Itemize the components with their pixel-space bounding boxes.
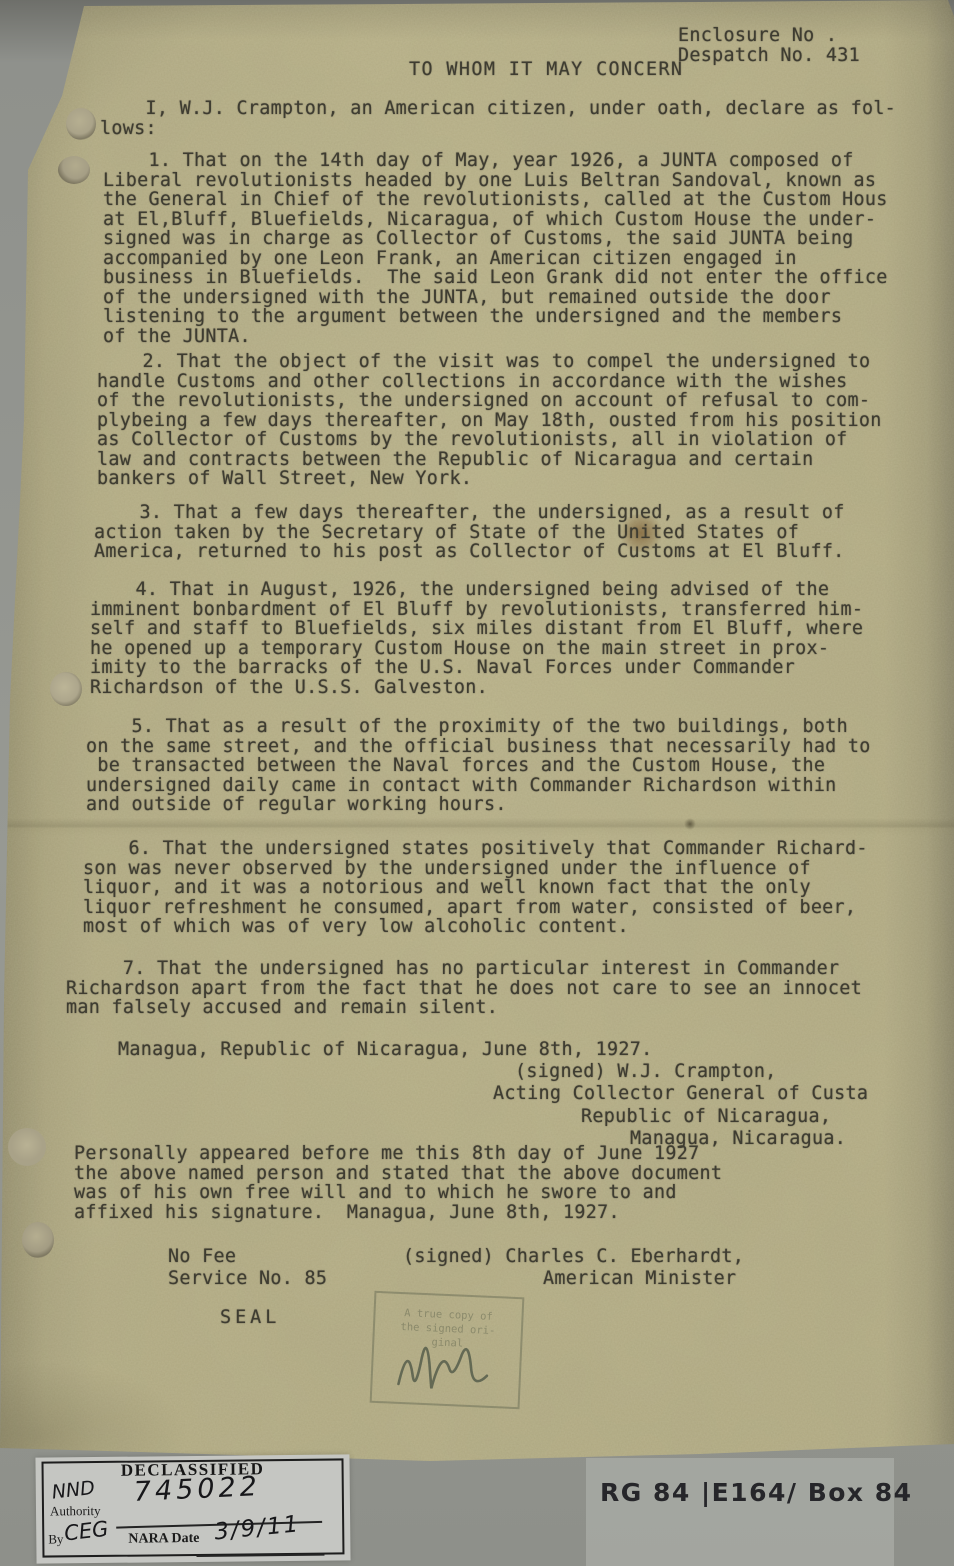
paragraph-5: 5. That as a result of the proximity of …	[86, 717, 871, 815]
authority-label: Authority	[50, 1503, 101, 1520]
paragraph-4: 4. That in August, 1926, the undersigned…	[90, 580, 863, 697]
enclosure-despatch-header: Enclosure No . Despatch No. 431	[678, 26, 860, 65]
minister-title: American Minister	[543, 1269, 736, 1289]
dateline: Managua, Republic of Nicaragua, June 8th…	[118, 1040, 653, 1060]
paragraph-3: 3. That a few days thereafter, the under…	[94, 503, 845, 562]
nara-date-label: NARA Date	[128, 1531, 199, 1548]
punch-hole	[58, 156, 90, 184]
archive-reference-note: RG 84 |E164/ Box 84	[600, 1478, 913, 1508]
handwritten-initials: CEG	[63, 1517, 110, 1546]
signature-line-3: Republic of Nicaragua,	[581, 1107, 831, 1127]
faint-true-copy-stamp: A true copy of the signed ori- ginal	[370, 1291, 525, 1409]
punch-hole	[22, 1222, 54, 1258]
paragraph-1: 1. That on the 14th day of May, year 192…	[103, 151, 888, 346]
notary-statement: Personally appeared before me this 8th d…	[74, 1144, 722, 1222]
no-fee-note: No Fee	[168, 1247, 236, 1267]
date-underline	[196, 1554, 324, 1557]
ink-speck	[684, 818, 696, 830]
punch-hole	[50, 672, 82, 706]
punch-hole	[66, 108, 96, 140]
paragraph-2: 2. That the object of the visit was to c…	[97, 352, 882, 489]
scanned-document-page: Enclosure No . Despatch No. 431 TO WHOM …	[0, 0, 954, 1566]
handwritten-authority-number: 745022	[133, 1471, 261, 1508]
scribble-initials-mark	[390, 1332, 503, 1403]
declaration-intro: I, W.J. Crampton, an American citizen, u…	[100, 99, 896, 138]
paragraph-6: 6. That the undersigned states positivel…	[83, 839, 868, 937]
signature-line-1: (signed) W.J. Crampton,	[515, 1062, 777, 1082]
archive-reference-label	[586, 1458, 894, 1566]
seal-label: SEAL	[220, 1308, 280, 1328]
punch-hole	[8, 1128, 46, 1166]
declassified-stamp-card: DECLASSIFIED NND 745022 Authority By CEG…	[35, 1454, 350, 1563]
document-title: TO WHOM IT MAY CONCERN	[409, 60, 683, 80]
service-number: Service No. 85	[168, 1269, 327, 1289]
minister-signature: (signed) Charles C. Eberhardt,	[403, 1247, 744, 1267]
by-label: By	[48, 1531, 63, 1547]
paragraph-7: 7. That the undersigned has no particula…	[66, 959, 862, 1018]
signature-line-2: Acting Collector General of Custa	[493, 1084, 868, 1104]
corner-shading	[0, 1360, 190, 1455]
paper-crease	[0, 818, 954, 836]
